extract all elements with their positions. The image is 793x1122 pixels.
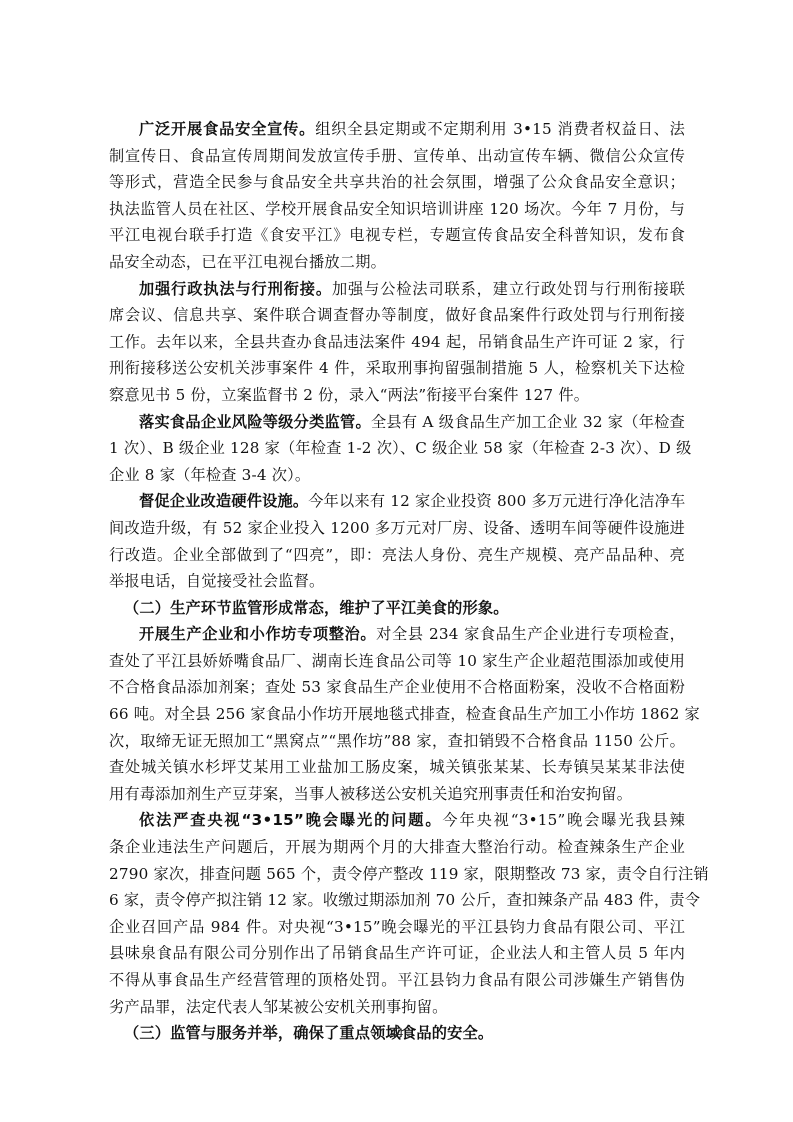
text-line: 席会议、信息共享、案件联合调查督办等制度，做好食品案件行政处罚与行刑衔接 xyxy=(109,302,685,329)
document-page: 广泛开展食品安全宣传。组织全县定期或不定期利用 3•15 消费者权益日、法 制宣… xyxy=(0,0,793,1122)
paragraph-lead: 依法严查央视“3•15”晚会曝光的问题。 xyxy=(139,811,442,829)
text-line: 等形式，营造全民参与食品安全共享共治的社会氛围，增强了公众食品安全意识； xyxy=(109,169,685,196)
document-body: 广泛开展食品安全宣传。组织全县定期或不定期利用 3•15 消费者权益日、法 制宣… xyxy=(109,116,685,1047)
paragraph-text: 全县有 A 级食品生产加工企业 32 家（年检查 xyxy=(371,413,685,431)
text-line: 不得从事食品生产经营管理的顶格处罚。平江县钧力食品有限公司涉嫌生产销售伪 xyxy=(109,967,685,994)
text-line: 次，取缔无证无照加工“黑窝点”“黑作坊”88 家，查扣销毁不合格食品 1150 … xyxy=(109,728,685,755)
paragraph-lead: 加强行政执法与行刑衔接。 xyxy=(139,280,332,298)
text-line: 2790 家次，排查问题 565 个，责令停产整改 119 家，限期整改 73 … xyxy=(109,861,685,888)
paragraph-lead: 开展生产企业和小作坊专项整治。 xyxy=(139,625,376,643)
paragraph-lead: 广泛开展食品安全宣传。 xyxy=(139,120,315,138)
paragraph-text: 加强与公检法司联系，建立行政处罚与行刑衔接联 xyxy=(332,280,685,298)
text-line: 用有毒添加剂生产豆芽案，当事人被移送公安机关追究刑事责任和治安拘留。 xyxy=(109,781,685,808)
text-line: 刑衔接移送公安机关涉事案件 4 件，采取刑事拘留强制措施 5 人，检察机关下达检 xyxy=(109,355,685,382)
page-number: 44 xyxy=(0,1026,793,1040)
paragraph-food-safety-publicity: 广泛开展食品安全宣传。组织全县定期或不定期利用 3•15 消费者权益日、法 制宣… xyxy=(109,116,685,276)
text-line: 查处城关镇水杉坪艾某用工业盐加工肠皮案，城关镇张某某、长寿镇吴某某非法使 xyxy=(109,754,685,781)
paragraph-text: 组织全县定期或不定期利用 3•15 消费者权益日、法 xyxy=(315,120,685,138)
section-heading-2: （二）生产环节监管形成常态，维护了平江美食的形象。 xyxy=(109,595,685,622)
text-line: 工作。去年以来，全县共查办食品违法案件 494 起，吊销食品生产许可证 2 家，… xyxy=(109,329,685,356)
paragraph-lead: 督促企业改造硬件设施。 xyxy=(139,492,308,510)
text-line: 依法严查央视“3•15”晚会曝光的问题。今年央视“3•15”晚会曝光我县辣 xyxy=(109,807,685,834)
text-line: 开展生产企业和小作坊专项整治。对全县 234 家食品生产企业进行专项检查， xyxy=(109,621,685,648)
paragraph-text: 今年央视“3•15”晚会曝光我县辣 xyxy=(442,811,685,829)
text-line: 不合格食品添加剂案；查处 53 家食品生产企业使用不合格面粉案，没收不合格面粉 xyxy=(109,674,685,701)
text-line: 加强行政执法与行刑衔接。加强与公检法司联系，建立行政处罚与行刑衔接联 xyxy=(109,276,685,303)
text-line: 广泛开展食品安全宣传。组织全县定期或不定期利用 3•15 消费者权益日、法 xyxy=(109,116,685,143)
text-line: 劣产品罪，法定代表人邹某被公安机关刑事拘留。 xyxy=(109,994,685,1021)
paragraph-hardware-upgrade: 督促企业改造硬件设施。今年以来有 12 家企业投资 800 多万元进行净化洁净车… xyxy=(109,488,685,594)
text-line: 企业 8 家（年检查 3-4 次）。 xyxy=(109,462,685,489)
paragraph-admin-criminal-link: 加强行政执法与行刑衔接。加强与公检法司联系，建立行政处罚与行刑衔接联 席会议、信… xyxy=(109,276,685,409)
text-line: 6 家，责令停产拟注销 12 家。收缴过期添加剂 70 公斤，查扣辣条产品 48… xyxy=(109,887,685,914)
paragraph-text: 今年以来有 12 家企业投资 800 多万元进行净化洁净车 xyxy=(308,492,685,510)
text-line: 督促企业改造硬件设施。今年以来有 12 家企业投资 800 多万元进行净化洁净车 xyxy=(109,488,685,515)
text-line: 66 吨。对全县 256 家食品小作坊开展地毯式排查，检查食品生产加工小作坊 1… xyxy=(109,701,685,728)
text-line: 间改造升级，有 52 家企业投入 1200 多万元对厂房、设备、透明车间等硬件设… xyxy=(109,515,685,542)
text-line: 企业召回产品 984 件。对央视“3•15”晚会曝光的平江县钧力食品有限公司、平… xyxy=(109,914,685,941)
text-line: 制宣传日、食品宣传周期间发放宣传手册、宣传单、出动宣传车辆、微信公众宣传 xyxy=(109,143,685,170)
text-line: 举报电话，自觉接受社会监督。 xyxy=(109,568,685,595)
text-line: 条企业违法生产问题后，开展为期两个月的大排查大整治行动。检查辣条生产企业 xyxy=(109,834,685,861)
text-line: 品安全动态，已在平江电视台播放二期。 xyxy=(109,249,685,276)
text-line: 执法监管人员在社区、学校开展食品安全知识培训讲座 120 场次。今年 7 月份，… xyxy=(109,196,685,223)
text-line: 行改造。企业全部做到了“四亮”，即：亮法人身份、亮生产规模、亮产品品种、亮 xyxy=(109,542,685,569)
paragraph-workshop-rectification: 开展生产企业和小作坊专项整治。对全县 234 家食品生产企业进行专项检查， 查处… xyxy=(109,621,685,807)
paragraph-lead: 落实食品企业风险等级分类监管。 xyxy=(139,413,371,431)
text-line: 平江电视台联手打造《食安平江》电视专栏，专题宣传食品安全科普知识，发布食 xyxy=(109,222,685,249)
text-line: 落实食品企业风险等级分类监管。全县有 A 级食品生产加工企业 32 家（年检查 xyxy=(109,409,685,436)
paragraph-risk-classification: 落实食品企业风险等级分类监管。全县有 A 级食品生产加工企业 32 家（年检查 … xyxy=(109,409,685,489)
paragraph-text: 对全县 234 家食品生产企业进行专项检查， xyxy=(376,625,685,643)
text-line: 1 次）、B 级企业 128 家（年检查 1-2 次）、C 级企业 58 家（年… xyxy=(109,435,685,462)
text-line: 察意见书 5 份，立案监督书 2 份，录入“两法”衔接平台案件 127 件。 xyxy=(109,382,685,409)
text-line: 县味泉食品有限公司分别作出了吊销食品生产许可证，企业法人和主管人员 5 年内 xyxy=(109,940,685,967)
text-line: 查处了平江县娇娇嘴食品厂、湖南长连食品公司等 10 家生产企业超范围添加或使用 xyxy=(109,648,685,675)
paragraph-315-investigation: 依法严查央视“3•15”晚会曝光的问题。今年央视“3•15”晚会曝光我县辣 条企… xyxy=(109,807,685,1020)
